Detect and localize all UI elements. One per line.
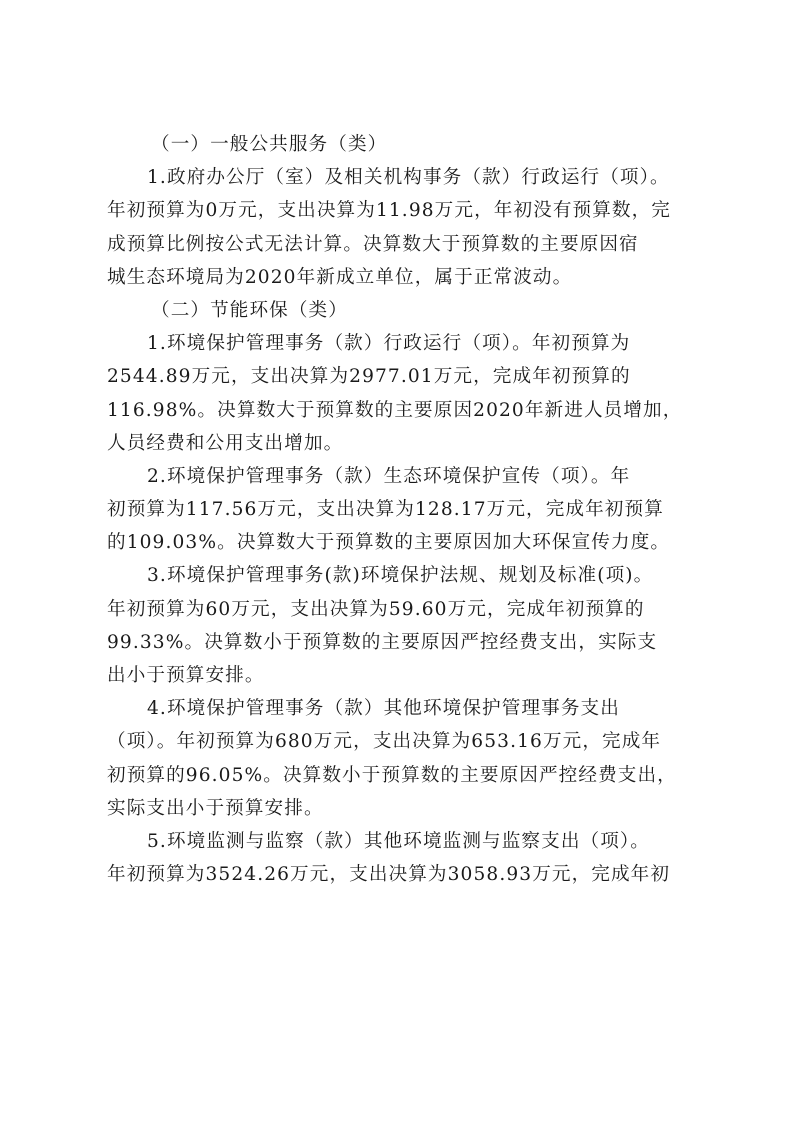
paragraph-line: 人员经费和公用支出增加。 [107,427,697,460]
paragraph-line: 出小于预算安排。 [107,659,697,692]
paragraph-line: 年初预算为0万元，支出决算为11.98万元，年初没有预算数，完 [107,194,697,227]
paragraph-line: 99.33%。决算数小于预算数的主要原因严控经费支出，实际支 [107,626,697,659]
paragraph-line: 年初预算为3524.26万元，支出决算为3058.93万元，完成年初 [107,858,697,891]
paragraph-line: 2.环境保护管理事务（款）生态环境保护宣传（项）。年 [107,460,697,493]
paragraph-item-2-3: 3.环境保护管理事务(款)环境保护法规、规划及标准(项)。 年初预算为60万元，… [107,559,697,692]
paragraph-item-2-2: 2.环境保护管理事务（款）生态环境保护宣传（项）。年 初预算为117.56万元，… [107,460,697,560]
paragraph-line: 实际支出小于预算安排。 [107,792,697,825]
paragraph-line: 2544.89万元，支出决算为2977.01万元，完成年初预算的 [107,360,697,393]
paragraph-line: 的109.03%。决算数大于预算数的主要原因加大环保宣传力度。 [107,526,697,559]
paragraph-line: 5.环境监测与监察（款）其他环境监测与监察支出（项）。 [107,825,697,858]
section-heading-general-public-services: （一）一般公共服务（类） [107,128,697,161]
paragraph-line: 116.98%。决算数大于预算数的主要原因2020年新进人员增加， [107,394,697,427]
paragraph-line: 1.政府办公厅（室）及相关机构事务（款）行政运行（项）。 [107,161,697,194]
paragraph-line: （项）。年初预算为680万元，支出决算为653.16万元，完成年 [107,725,697,758]
document-body: （一）一般公共服务（类） 1.政府办公厅（室）及相关机构事务（款）行政运行（项）… [107,128,697,891]
paragraph-line: 4.环境保护管理事务（款）其他环境保护管理事务支出 [107,692,697,725]
paragraph-line: 成预算比例按公式无法计算。决算数大于预算数的主要原因宿 [107,228,697,261]
paragraph-item-2-4: 4.环境保护管理事务（款）其他环境保护管理事务支出 （项）。年初预算为680万元… [107,692,697,825]
paragraph-item-2-1: 1.环境保护管理事务（款）行政运行（项）。年初预算为 2544.89万元，支出决… [107,327,697,460]
paragraph-item-2-5: 5.环境监测与监察（款）其他环境监测与监察支出（项）。 年初预算为3524.26… [107,825,697,891]
paragraph-item-1-1: 1.政府办公厅（室）及相关机构事务（款）行政运行（项）。 年初预算为0万元，支出… [107,161,697,294]
section-heading-energy-environment: （二）节能环保（类） [107,294,697,327]
paragraph-line: 年初预算为60万元，支出决算为59.60万元，完成年初预算的 [107,593,697,626]
paragraph-line: 初预算的96.05%。决算数小于预算数的主要原因严控经费支出， [107,759,697,792]
document-page: （一）一般公共服务（类） 1.政府办公厅（室）及相关机构事务（款）行政运行（项）… [0,0,793,1122]
paragraph-line: 3.环境保护管理事务(款)环境保护法规、规划及标准(项)。 [107,559,697,592]
paragraph-line: 1.环境保护管理事务（款）行政运行（项）。年初预算为 [107,327,697,360]
paragraph-line: 初预算为117.56万元，支出决算为128.17万元，完成年初预算 [107,493,697,526]
paragraph-line: 城生态环境局为2020年新成立单位，属于正常波动。 [107,261,697,294]
